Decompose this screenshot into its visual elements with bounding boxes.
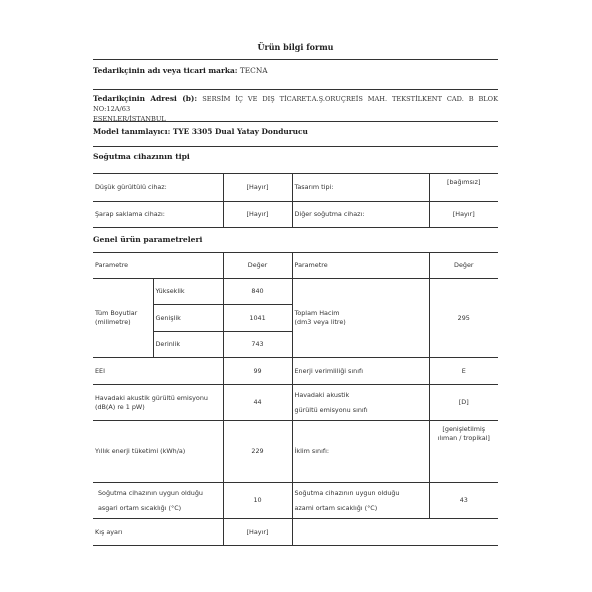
header-parameter-1: Parametre bbox=[93, 253, 223, 279]
supplier-name-value: TECNA bbox=[240, 66, 268, 75]
low-noise-label: Düşük gürültülü cihaz: bbox=[93, 174, 223, 202]
table-row: Düşük gürültülü cihaz: [Hayır] Tasarım t… bbox=[93, 174, 498, 202]
eei-value: 99 bbox=[223, 358, 292, 385]
supplier-address-line1: Tedarikçinin Adresi (b): SERSİM İÇ VE DI… bbox=[93, 94, 498, 114]
other-refrigerating-value: [Hayır] bbox=[429, 202, 498, 228]
energy-class-value: E bbox=[429, 358, 498, 385]
header-value-2: Değer bbox=[429, 253, 498, 279]
min-ambient-temp-value: 10 bbox=[223, 483, 292, 519]
supplier-address-block: Tedarikçinin Adresi (b): SERSİM İÇ VE DI… bbox=[93, 94, 498, 124]
low-noise-value: [Hayır] bbox=[223, 174, 292, 202]
noise-class-label: Havadaki akustik gürültü emisyonu sınıfı bbox=[292, 385, 429, 421]
width-value: 1041 bbox=[223, 305, 292, 332]
divider bbox=[93, 121, 498, 122]
table-header-row: Parametre Değer Parametre Değer bbox=[93, 253, 498, 279]
climate-class-value: [genişletilmiş ılıman / tropikal] bbox=[429, 421, 498, 483]
climate-class-label: İklim sınıfı: bbox=[292, 421, 429, 483]
appliance-type-heading: Soğutma cihazının tipi bbox=[93, 152, 190, 161]
min-ambient-temp-label: Soğutma cihazının uygun olduğu asgari or… bbox=[93, 483, 223, 519]
product-information-sheet: Ürün bilgi formu Tedarikçinin adı veya t… bbox=[0, 0, 592, 592]
height-label: Yükseklik bbox=[153, 279, 223, 305]
wine-storage-label: Şarap saklama cihazı: bbox=[93, 202, 223, 228]
noise-emission-label: Havadaki akustik gürültü emisyonu (dB(A)… bbox=[93, 385, 223, 421]
empty-cell bbox=[292, 519, 498, 546]
eei-label: EEI bbox=[93, 358, 223, 385]
divider bbox=[93, 59, 498, 60]
noise-emission-value: 44 bbox=[223, 385, 292, 421]
noise-class-value: [D] bbox=[429, 385, 498, 421]
width-label: Genişlik bbox=[153, 305, 223, 332]
depth-label: Derinlik bbox=[153, 332, 223, 358]
table-row: Havadaki akustik gürültü emisyonu (dB(A)… bbox=[93, 385, 498, 421]
model-label: Model tanımlayıcı: bbox=[93, 127, 170, 136]
table-row: Kış ayarı [Hayır] bbox=[93, 519, 498, 546]
total-volume-value: 295 bbox=[429, 279, 498, 358]
document-title: Ürün bilgi formu bbox=[93, 42, 498, 52]
annual-energy-value: 229 bbox=[223, 421, 292, 483]
supplier-name-label: Tedarikçinin adı veya ticari marka: bbox=[93, 66, 237, 75]
winter-setting-label: Kış ayarı bbox=[93, 519, 223, 546]
max-ambient-temp-value: 43 bbox=[429, 483, 498, 519]
design-type-value: [bağımsız] bbox=[429, 174, 498, 202]
winter-setting-value: [Hayır] bbox=[223, 519, 292, 546]
general-parameters-heading: Genel ürün parametreleri bbox=[93, 235, 202, 244]
table-row: Şarap saklama cihazı: [Hayır] Diğer soğu… bbox=[93, 202, 498, 228]
model-identifier-line: Model tanımlayıcı: TYE 3305 Dual Yatay D… bbox=[93, 127, 498, 137]
annual-energy-label: Yıllık enerji tüketimi (kWh/a) bbox=[93, 421, 223, 483]
height-value: 840 bbox=[223, 279, 292, 305]
max-ambient-temp-label: Soğutma cihazının uygun olduğu azami ort… bbox=[292, 483, 429, 519]
divider bbox=[93, 89, 498, 90]
general-parameters-table: Parametre Değer Parametre Değer Tüm Boyu… bbox=[93, 252, 498, 546]
dimensions-label: Tüm Boyutlar (milimetre) bbox=[93, 279, 153, 358]
model-value: TYE 3305 Dual Yatay Dondurucu bbox=[173, 127, 308, 136]
design-type-label: Tasarım tipi: bbox=[292, 174, 429, 202]
total-volume-label: Toplam Hacim (dm3 veya litre) bbox=[292, 279, 429, 358]
supplier-address-label: Tedarikçinin Adresi (b): bbox=[93, 94, 197, 103]
other-refrigerating-label: Diğer soğutma cihazı: bbox=[292, 202, 429, 228]
divider bbox=[93, 146, 498, 147]
table-row: Soğutma cihazının uygun olduğu asgari or… bbox=[93, 483, 498, 519]
header-value-1: Değer bbox=[223, 253, 292, 279]
depth-value: 743 bbox=[223, 332, 292, 358]
supplier-name-line: Tedarikçinin adı veya ticari marka: TECN… bbox=[93, 66, 498, 76]
header-parameter-2: Parametre bbox=[292, 253, 429, 279]
appliance-type-table: Düşük gürültülü cihaz: [Hayır] Tasarım t… bbox=[93, 173, 498, 228]
table-row: EEI 99 Enerji verimliliği sınıfı E bbox=[93, 358, 498, 385]
energy-class-label: Enerji verimliliği sınıfı bbox=[292, 358, 429, 385]
table-row: Tüm Boyutlar (milimetre) Yükseklik 840 T… bbox=[93, 279, 498, 305]
supplier-address-line2: ESENLER/İSTANBUL bbox=[93, 114, 498, 124]
table-row: Yıllık enerji tüketimi (kWh/a) 229 İklim… bbox=[93, 421, 498, 483]
wine-storage-value: [Hayır] bbox=[223, 202, 292, 228]
